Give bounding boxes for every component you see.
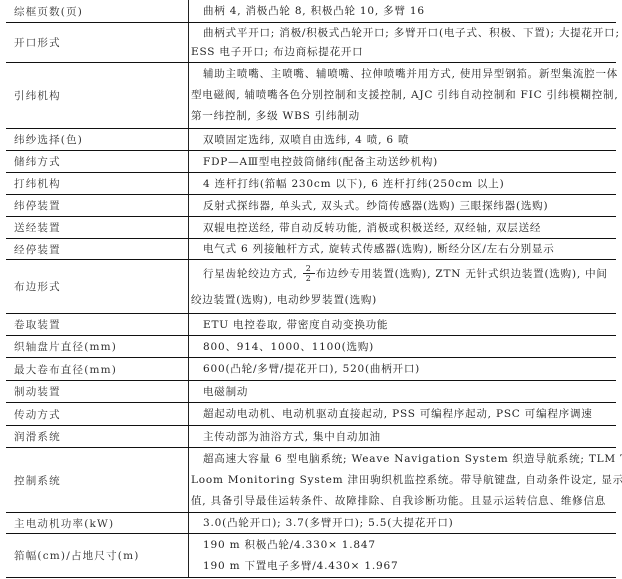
value-line: Loom Monitoring System 津田驹织机监控系统。带导航键盘, … bbox=[191, 470, 614, 491]
row-label: 送经装置 bbox=[6, 217, 189, 238]
row-label: 控制系统 bbox=[6, 448, 189, 512]
row-value: 超高速大容量 6 型电脑系统; Weave Navigation System … bbox=[189, 448, 616, 512]
row-label: 织轴盘片直径(mm) bbox=[6, 336, 189, 357]
value-line: 电磁制动 bbox=[191, 381, 614, 403]
row-value: 600(凸轮/多臂/提花开口), 520(曲柄开口) bbox=[189, 358, 616, 380]
row-value: 3.0(凸轮开口); 3.7(多臂开口); 5.5(大提花开口) bbox=[189, 513, 616, 533]
value-line: 主传动部为油浴方式, 集中自动加油 bbox=[191, 426, 614, 448]
row-value: 800、914、1000、1100(选购) bbox=[189, 336, 616, 357]
table-row: 储纬方式 FDP—AⅢ型电控鼓筒储纬(配备主动送纱机构) bbox=[6, 151, 616, 173]
table-row: 开口形式 曲柄式平开口; 消极/积极式凸轮开口; 多臂开口(电子式、积极、下置)… bbox=[6, 23, 616, 63]
row-label: 储纬方式 bbox=[6, 151, 189, 172]
value-line: 曲柄式平开口; 消极/积极式凸轮开口; 多臂开口(电子式、积极、下置); 大提花… bbox=[191, 24, 614, 43]
value-line: 190 m 下置电子多臂/4.430× 1.967 bbox=[191, 556, 614, 577]
table-row: 控制系统 超高速大容量 6 型电脑系统; Weave Navigation Sy… bbox=[6, 448, 616, 513]
table-row: 筘幅(cm)/占地尺寸(m) 190 m 积极凸轮/4.330× 1.847 1… bbox=[6, 534, 616, 578]
table-row: 制动装置 电磁制动 bbox=[6, 381, 616, 403]
fraction: 22 bbox=[303, 264, 315, 283]
table-row: 综框页数(页) 曲柄 4, 消极凸轮 8, 积极凸轮 10, 多臂 16 bbox=[6, 0, 616, 23]
table-row: 传动方式 超起动电动机、电动机驱动直接起动, PSS 可编程序起动, PSC 可… bbox=[6, 403, 616, 426]
value-line: 超高速大容量 6 型电脑系统; Weave Navigation System … bbox=[191, 449, 614, 470]
value-line: 3.0(凸轮开口); 3.7(多臂开口); 5.5(大提花开口) bbox=[191, 512, 614, 534]
table-row: 主电动机功率(kW) 3.0(凸轮开口); 3.7(多臂开口); 5.5(大提花… bbox=[6, 513, 616, 534]
table-row: 纬纱选择(色) 双喷固定选纬, 双喷自由选纬, 4 喷, 6 喷 bbox=[6, 129, 616, 151]
table-row: 引纬机构 辅助主喷嘴、主喷嘴、辅喷嘴、拉伸喷嘴并用方式, 使用异型钢筘。新型集流… bbox=[6, 63, 616, 129]
value-line: 双喷固定选纬, 双喷自由选纬, 4 喷, 6 喷 bbox=[191, 129, 614, 151]
row-value: 反射式探纬器, 单头式, 双头式。纱筒传感器(选购) 三眼探纬器(选购) bbox=[189, 195, 616, 216]
row-label: 润滑系统 bbox=[6, 426, 189, 447]
row-value: ETU 电控卷取, 带密度自动变换功能 bbox=[189, 314, 616, 335]
row-label: 开口形式 bbox=[6, 23, 189, 62]
value-line: 电气式 6 列接触杆方式, 旋转式传感器(选购), 断经分区/左右分别显示 bbox=[191, 238, 614, 260]
row-value: 电磁制动 bbox=[189, 381, 616, 402]
table-row: 打纬机构 4 连杆打纬(筘幅 230cm 以下), 6 连杆打纬(250cm 以… bbox=[6, 173, 616, 195]
row-value: 超起动电动机、电动机驱动直接起动, PSS 可编程序起动, PSC 可编程序调速 bbox=[189, 403, 616, 425]
value-line: 反射式探纬器, 单头式, 双头式。纱筒传感器(选购) 三眼探纬器(选购) bbox=[191, 195, 614, 217]
row-label: 布边形式 bbox=[6, 260, 189, 313]
row-value: 辅助主喷嘴、主喷嘴、辅喷嘴、拉伸喷嘴并用方式, 使用异型钢筘。新型集流腔一体 型… bbox=[189, 63, 616, 128]
row-value: FDP—AⅢ型电控鼓筒储纬(配备主动送纱机构) bbox=[189, 151, 616, 172]
value-line: 曲柄 4, 消极凸轮 8, 积极凸轮 10, 多臂 16 bbox=[191, 0, 614, 22]
table-row: 送经装置 双辊电控送经, 带自动反转功能, 消极或积极送经, 双经轴, 双层送经 bbox=[6, 217, 616, 239]
row-label: 经停装置 bbox=[6, 239, 189, 259]
table-row: 润滑系统 主传动部为油浴方式, 集中自动加油 bbox=[6, 426, 616, 448]
row-label: 引纬机构 bbox=[6, 63, 189, 128]
table-row: 织轴盘片直径(mm) 800、914、1000、1100(选购) bbox=[6, 336, 616, 358]
value-line: 190 m 积极凸轮/4.330× 1.847 bbox=[191, 535, 614, 556]
table-row: 经停装置 电气式 6 列接触杆方式, 旋转式传感器(选购), 断经分区/左右分别… bbox=[6, 239, 616, 260]
row-value: 电气式 6 列接触杆方式, 旋转式传感器(选购), 断经分区/左右分别显示 bbox=[189, 239, 616, 259]
value-line: 超起动电动机、电动机驱动直接起动, PSS 可编程序起动, PSC 可编程序调速 bbox=[191, 403, 614, 425]
row-value: 双辊电控送经, 带自动反转功能, 消极或积极送经, 双经轴, 双层送经 bbox=[189, 217, 616, 238]
table-row: 卷取装置 ETU 电控卷取, 带密度自动变换功能 bbox=[6, 314, 616, 336]
value-line: FDP—AⅢ型电控鼓筒储纬(配备主动送纱机构) bbox=[191, 151, 614, 173]
value-line: 600(凸轮/多臂/提花开口), 520(曲柄开口) bbox=[191, 358, 614, 380]
value-line: 第一纬控制, 多级 WBS 引纬制动 bbox=[191, 106, 614, 127]
row-label: 制动装置 bbox=[6, 381, 189, 402]
row-value: 4 连杆打纬(筘幅 230cm 以下), 6 连杆打纬(250cm 以上) bbox=[189, 173, 616, 194]
value-line: 绞边装置(选购), 电动纱罗装置(选购) bbox=[191, 287, 614, 313]
row-label: 传动方式 bbox=[6, 403, 189, 425]
row-value: 曲柄 4, 消极凸轮 8, 积极凸轮 10, 多臂 16 bbox=[189, 0, 616, 22]
value-line: 4 连杆打纬(筘幅 230cm 以下), 6 连杆打纬(250cm 以上) bbox=[191, 173, 614, 195]
value-line: 值, 具备引导最佳运转条件、故障排除、自我诊断功能。且显示运转信息、维修信息 bbox=[191, 491, 614, 512]
row-label: 卷取装置 bbox=[6, 314, 189, 335]
value-line: 辅助主喷嘴、主喷嘴、辅喷嘴、拉伸喷嘴并用方式, 使用异型钢筘。新型集流腔一体 bbox=[191, 64, 614, 85]
row-label: 纬纱选择(色) bbox=[6, 129, 189, 150]
value-line: 行星齿轮绞边方式, 22布边纱专用装置(选购), ZTN 无针式织边装置(选购)… bbox=[191, 261, 614, 287]
row-value: 曲柄式平开口; 消极/积极式凸轮开口; 多臂开口(电子式、积极、下置); 大提花… bbox=[189, 23, 616, 62]
row-value: 主传动部为油浴方式, 集中自动加油 bbox=[189, 426, 616, 447]
value-line: ETU 电控卷取, 带密度自动变换功能 bbox=[191, 314, 614, 336]
row-label: 纬停装置 bbox=[6, 195, 189, 216]
row-label: 主电动机功率(kW) bbox=[6, 513, 189, 533]
value-line: ESS 电子开口; 布边商标提花开口 bbox=[191, 43, 614, 62]
row-label: 打纬机构 bbox=[6, 173, 189, 194]
row-value: 190 m 积极凸轮/4.330× 1.847 190 m 下置电子多臂/4.4… bbox=[189, 534, 616, 577]
table-row: 纬停装置 反射式探纬器, 单头式, 双头式。纱筒传感器(选购) 三眼探纬器(选购… bbox=[6, 195, 616, 217]
value-line: 800、914、1000、1100(选购) bbox=[191, 336, 614, 358]
row-label: 综框页数(页) bbox=[6, 0, 189, 22]
row-label: 最大卷布直径(mm) bbox=[6, 358, 189, 380]
row-value: 行星齿轮绞边方式, 22布边纱专用装置(选购), ZTN 无针式织边装置(选购)… bbox=[189, 260, 616, 313]
value-line: 双辊电控送经, 带自动反转功能, 消极或积极送经, 双经轴, 双层送经 bbox=[191, 217, 614, 239]
table-row: 布边形式 行星齿轮绞边方式, 22布边纱专用装置(选购), ZTN 无针式织边装… bbox=[6, 260, 616, 314]
row-label: 筘幅(cm)/占地尺寸(m) bbox=[6, 534, 189, 577]
table-row: 最大卷布直径(mm) 600(凸轮/多臂/提花开口), 520(曲柄开口) bbox=[6, 358, 616, 381]
row-value: 双喷固定选纬, 双喷自由选纬, 4 喷, 6 喷 bbox=[189, 129, 616, 150]
value-line: 型电磁阀, 辅喷嘴各色分别控制和支援控制, AJC 引纬自动控制和 FIC 引纬… bbox=[191, 85, 614, 106]
